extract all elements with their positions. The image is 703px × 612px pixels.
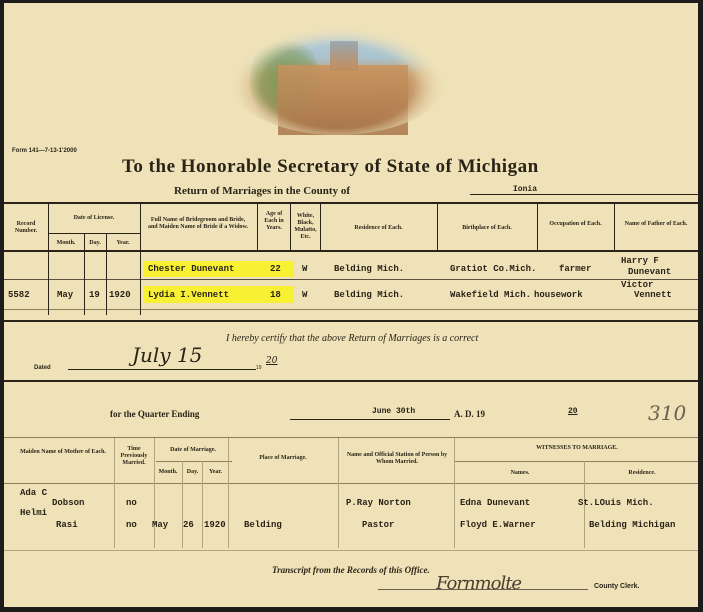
dated-year-value: 20 bbox=[266, 356, 277, 366]
dated-underline bbox=[68, 369, 256, 370]
groom-race: W bbox=[302, 264, 307, 274]
quarter-underline bbox=[290, 419, 450, 420]
mother-line2: Rasi bbox=[56, 520, 78, 530]
header-occupation: Occupation of Each. bbox=[539, 221, 612, 228]
divider bbox=[4, 483, 698, 484]
vignette-fade bbox=[230, 25, 446, 135]
groom-father-line1: Harry F bbox=[621, 256, 659, 266]
bride-age: 18 bbox=[270, 290, 281, 300]
divider bbox=[4, 202, 698, 204]
county-clerk-label: County Clerk. bbox=[594, 583, 640, 590]
divider bbox=[4, 437, 698, 438]
header-mother: Maiden Name of Mother of Each. bbox=[18, 449, 108, 456]
marriage-place: Belding bbox=[244, 520, 282, 530]
divider bbox=[48, 203, 49, 315]
groom-residence: Belding Mich. bbox=[334, 264, 404, 274]
document-subtitle: Return of Marriages in the County of bbox=[174, 185, 350, 197]
dated-value: July 15 bbox=[132, 343, 202, 367]
divider bbox=[537, 203, 538, 250]
divider bbox=[4, 380, 698, 382]
divider bbox=[290, 203, 291, 250]
groom-occupation: farmer bbox=[559, 264, 591, 274]
marriage-month: May bbox=[152, 520, 168, 530]
witness-residence: St.LOuis Mich. bbox=[578, 498, 654, 508]
header-officiant: Name and Official Station of Person by W… bbox=[342, 452, 452, 466]
form-number: Form 141—7-13-1'2000 bbox=[12, 148, 77, 154]
county-value: Ionia bbox=[513, 185, 537, 194]
license-day: 19 bbox=[89, 290, 100, 300]
marriage-day: 26 bbox=[183, 520, 194, 530]
officiant-name: P.Ray Norton bbox=[346, 498, 411, 508]
header-date-of-marriage: Date of Marriage. bbox=[156, 447, 230, 454]
divider bbox=[454, 461, 698, 462]
divider bbox=[154, 438, 155, 548]
times-married: no bbox=[126, 498, 137, 508]
certification-text: I hereby certify that the above Return o… bbox=[226, 333, 478, 344]
license-year: 1920 bbox=[109, 290, 131, 300]
mother-line1: Ada C bbox=[20, 488, 47, 498]
divider bbox=[48, 233, 140, 234]
clerk-signature: Fornmolte bbox=[436, 573, 521, 594]
header-month: Month. bbox=[154, 469, 182, 476]
header-age: Age of Each in Years. bbox=[260, 211, 288, 232]
divider bbox=[4, 320, 698, 322]
header-year: Year. bbox=[203, 469, 228, 476]
groom-birthplace: Gratiot Co.Mich. bbox=[450, 264, 536, 274]
divider bbox=[114, 438, 115, 548]
header-father: Name of Father of Each. bbox=[616, 221, 696, 228]
header-record-number: Record Number. bbox=[6, 221, 46, 235]
header-month: Month. bbox=[49, 240, 83, 247]
header-day: Day. bbox=[85, 240, 105, 247]
license-month: May bbox=[57, 290, 73, 300]
divider bbox=[140, 203, 141, 315]
header-full-name: Full Name of Bridegroom and Bride, and M… bbox=[146, 217, 250, 231]
header-place: Place of Marriage. bbox=[230, 455, 336, 462]
groom-age: 22 bbox=[270, 264, 281, 274]
divider bbox=[4, 250, 698, 252]
header-names: Names. bbox=[456, 470, 584, 477]
county-underline bbox=[470, 194, 698, 195]
divider bbox=[228, 438, 229, 548]
groom-name: Chester Dunevant bbox=[148, 264, 234, 274]
quarter-label: for the Quarter Ending bbox=[110, 409, 199, 419]
bride-father-line2: Vennett bbox=[634, 290, 672, 300]
header-race: White, Black, Mulatto, Etc. bbox=[292, 213, 319, 241]
divider bbox=[338, 438, 339, 548]
bride-name: Lydia I.Vennett bbox=[148, 290, 229, 300]
mother-line2: Dobson bbox=[52, 498, 84, 508]
marriage-record-document: Form 141—7-13-1'2000 To the Honorable Se… bbox=[4, 3, 698, 607]
officiant-station: Pastor bbox=[362, 520, 394, 530]
bride-birthplace: Wakefield Mich. bbox=[450, 290, 531, 300]
bride-father-line1: Victor bbox=[621, 280, 653, 290]
record-number: 5582 bbox=[8, 290, 30, 300]
witness-name: Edna Dunevant bbox=[460, 498, 530, 508]
header-birthplace: Birthplace of Each. bbox=[439, 225, 535, 232]
document-title: To the Honorable Secretary of State of M… bbox=[122, 156, 539, 178]
divider bbox=[4, 279, 698, 280]
header-year: Year. bbox=[107, 240, 139, 247]
witness-name: Floyd E.Warner bbox=[460, 520, 536, 530]
mother-line1: Helmi bbox=[20, 508, 47, 518]
header-residence: Residence of Each. bbox=[322, 225, 435, 232]
divider bbox=[4, 550, 698, 551]
header-day: Day. bbox=[183, 469, 202, 476]
header-date-of-license: Date of License. bbox=[50, 215, 138, 222]
dated-label: Dated bbox=[34, 365, 51, 371]
courthouse-image bbox=[230, 25, 446, 135]
groom-father-line2: Dunevant bbox=[628, 267, 671, 277]
bride-race: W bbox=[302, 290, 307, 300]
header-residence: Residence. bbox=[586, 470, 698, 477]
divider bbox=[320, 203, 321, 250]
divider bbox=[454, 438, 455, 548]
header-times-married: Time Previously Married. bbox=[116, 446, 152, 467]
divider bbox=[257, 203, 258, 250]
page-number: 310 bbox=[648, 401, 686, 425]
bride-residence: Belding Mich. bbox=[334, 290, 404, 300]
marriage-year: 1920 bbox=[204, 520, 226, 530]
bride-occupation: housework bbox=[534, 290, 583, 300]
witness-residence: Belding Michigan bbox=[589, 520, 675, 530]
quarter-value: June 30th bbox=[372, 407, 415, 416]
divider bbox=[614, 203, 615, 250]
divider bbox=[437, 203, 438, 250]
header-witnesses: WITNESSES TO MARRIAGE. bbox=[456, 445, 698, 452]
ad-label: A. D. 19 bbox=[454, 409, 485, 419]
divider bbox=[156, 461, 232, 462]
times-married: no bbox=[126, 520, 137, 530]
ad-value: 20 bbox=[568, 407, 578, 416]
divider bbox=[4, 309, 698, 310]
transcript-text: Transcript from the Records of this Offi… bbox=[272, 565, 430, 575]
dated-year-prefix: 19 bbox=[256, 365, 262, 371]
